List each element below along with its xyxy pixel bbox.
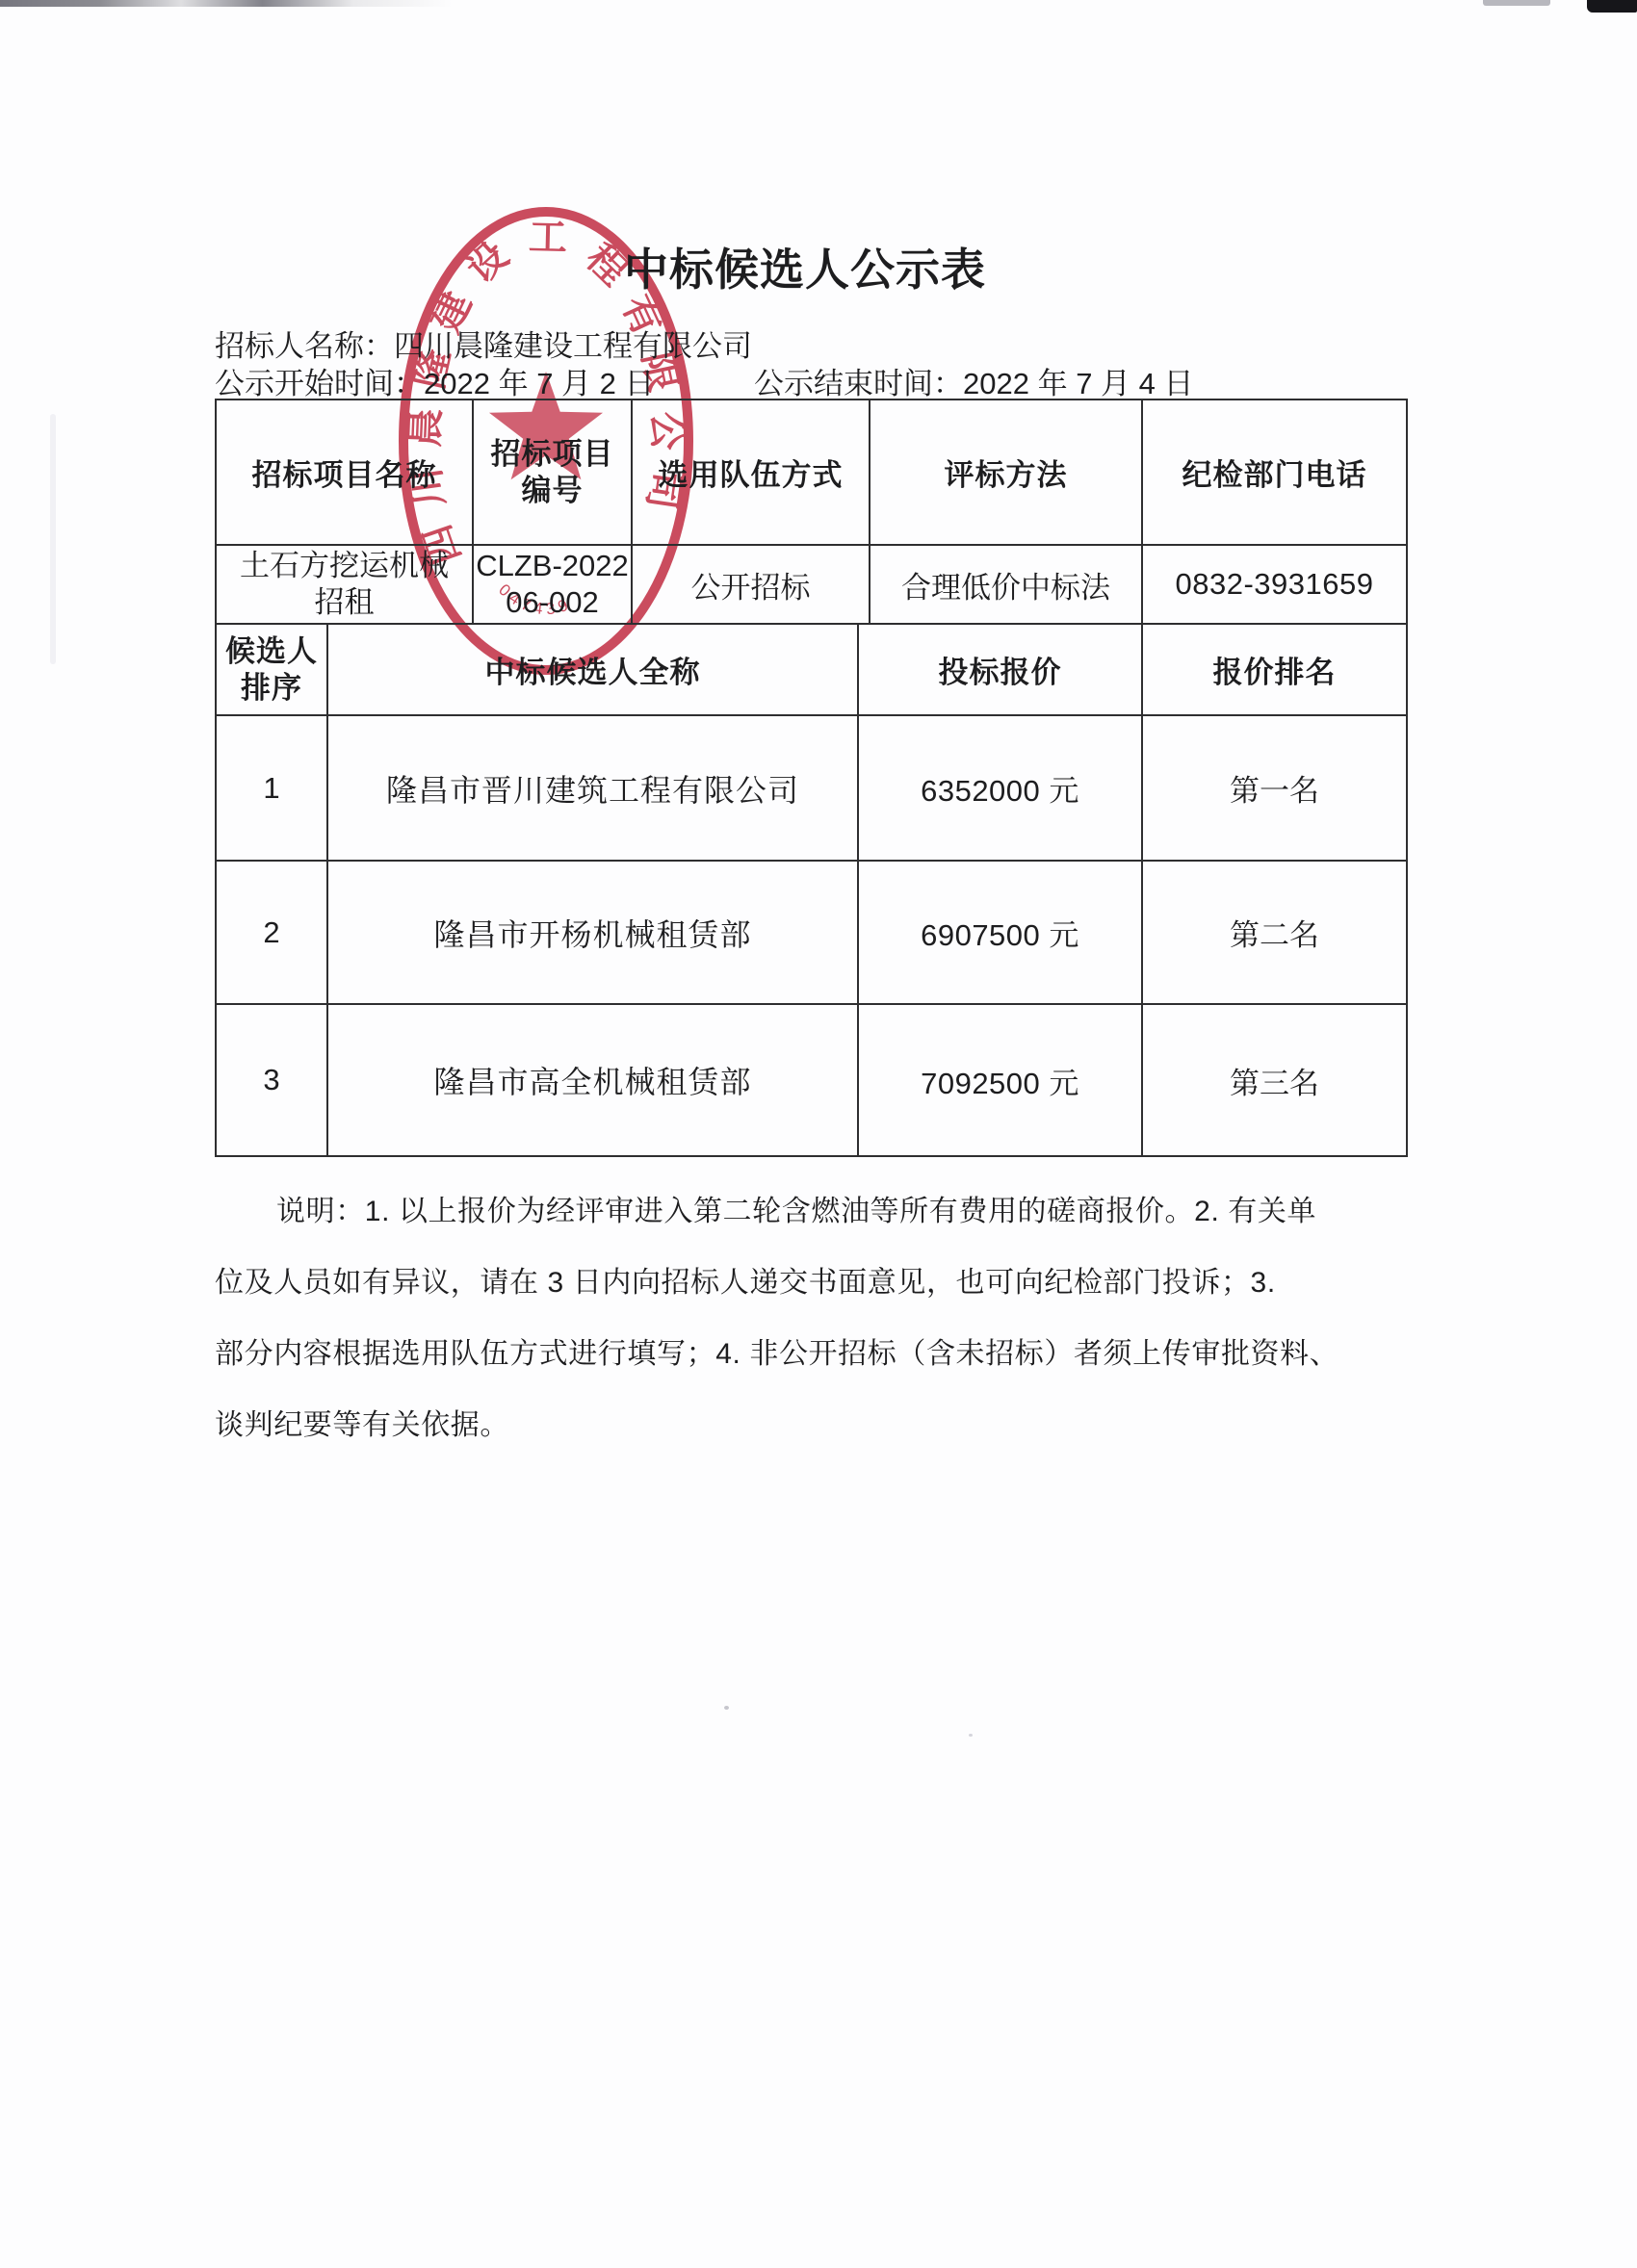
evaluation-method-cell: 合理低价中标法 [870, 545, 1142, 624]
notes-line-4: 谈判纪要等有关依据。 [215, 1390, 1418, 1461]
scan-speck [969, 1734, 973, 1737]
scan-artifact-top-right [1587, 0, 1637, 13]
scan-speck [724, 1706, 729, 1710]
col-header-team-method: 选用队伍方式 [632, 399, 870, 545]
candidate-row: 1 隆昌市晋川建筑工程有限公司 6352000 元 第一名 [216, 715, 1407, 861]
project-name-cell: 土石方挖运机械 招租 [216, 545, 473, 624]
project-name-line2: 招租 [217, 584, 472, 621]
candidate-price: 6907500 元 [858, 861, 1142, 1004]
col-header-bid-price: 投标报价 [858, 624, 1142, 715]
candidate-rank: 1 [216, 715, 327, 861]
notes-line-2: 位及人员如有异议，请在 3 日内向招标人递交书面意见，也可向纪检部门投诉；3. [215, 1248, 1418, 1319]
candidate-rank: 2 [216, 861, 327, 1004]
col-header-price-rank: 报价排名 [1142, 624, 1407, 715]
project-code-cell: CLZB-2022 06-002 [473, 545, 632, 624]
candidate-name: 隆昌市高全机械租赁部 [327, 1004, 858, 1156]
col-header-candidate-rank-line2: 排序 [217, 670, 326, 707]
project-name-line1: 土石方挖运机械 [217, 548, 472, 584]
publicity-end-time: 公示结束时间：2022 年 7 月 4 日 [754, 359, 1194, 402]
candidate-position: 第二名 [1142, 861, 1407, 1004]
candidate-name: 隆昌市开杨机械租赁部 [327, 861, 858, 1004]
col-header-discipline-phone: 纪检部门电话 [1142, 399, 1407, 545]
scanned-document-page: 四川晨隆建设工程有限公司 047439 中标候选人公示表 招标人名称：四川晨隆建… [0, 0, 1637, 2268]
candidate-row: 2 隆昌市开杨机械租赁部 6907500 元 第二名 [216, 861, 1407, 1004]
project-code-line2: 06-002 [474, 584, 631, 621]
project-header-row: 招标项目名称 招标项目 编号 选用队伍方式 评标方法 纪检部门电话 [216, 399, 1407, 545]
bid-candidates-table: 招标项目名称 招标项目 编号 选用队伍方式 评标方法 纪检部门电话 土石方挖运机… [215, 399, 1408, 1157]
candidate-name: 隆昌市晋川建筑工程有限公司 [327, 715, 858, 861]
project-data-row: 土石方挖运机械 招租 CLZB-2022 06-002 公开招标 合理低价中标法… [216, 545, 1407, 624]
col-header-evaluation-method: 评标方法 [870, 399, 1142, 545]
col-header-project-name: 招标项目名称 [216, 399, 473, 545]
col-header-candidate-name: 中标候选人全称 [327, 624, 858, 715]
col-header-project-code-line1: 招标项目 [474, 436, 631, 473]
project-code-line1: CLZB-2022 [474, 548, 631, 584]
publicity-start-time: 公示开始时间：2022 年 7 月 2 日 [215, 367, 655, 400]
publicity-time-line: 公示开始时间：2022 年 7 月 2 日 公示结束时间：2022 年 7 月 … [215, 359, 1409, 402]
col-header-candidate-rank-line1: 候选人 [217, 633, 326, 670]
candidate-price: 7092500 元 [858, 1004, 1142, 1156]
scan-artifact-top-left [0, 0, 453, 7]
col-header-project-code: 招标项目 编号 [473, 399, 632, 545]
candidate-row: 3 隆昌市高全机械租赁部 7092500 元 第三名 [216, 1004, 1407, 1156]
candidate-position: 第三名 [1142, 1004, 1407, 1156]
notes-line-1: 说明：1. 以上报价为经评审进入第二轮含燃油等所有费用的磋商报价。2. 有关单 [215, 1176, 1418, 1248]
scan-streak [50, 414, 56, 664]
candidate-price: 6352000 元 [858, 715, 1142, 861]
candidate-header-row: 候选人 排序 中标候选人全称 投标报价 报价排名 [216, 624, 1407, 715]
notes-line-3: 部分内容根据选用队伍方式进行填写；4. 非公开招标（含未招标）者须上传审批资料、 [215, 1319, 1418, 1390]
notes-paragraph: 说明：1. 以上报价为经评审进入第二轮含燃油等所有费用的磋商报价。2. 有关单 … [215, 1176, 1418, 1461]
col-header-candidate-rank: 候选人 排序 [216, 624, 327, 715]
page-title: 中标候选人公示表 [624, 235, 986, 298]
candidate-position: 第一名 [1142, 715, 1407, 861]
discipline-phone-cell: 0832-3931659 [1142, 545, 1407, 624]
col-header-project-code-line2: 编号 [474, 473, 631, 509]
team-method-cell: 公开招标 [632, 545, 870, 624]
candidate-rank: 3 [216, 1004, 327, 1156]
scan-artifact-top-mid [1483, 0, 1550, 6]
